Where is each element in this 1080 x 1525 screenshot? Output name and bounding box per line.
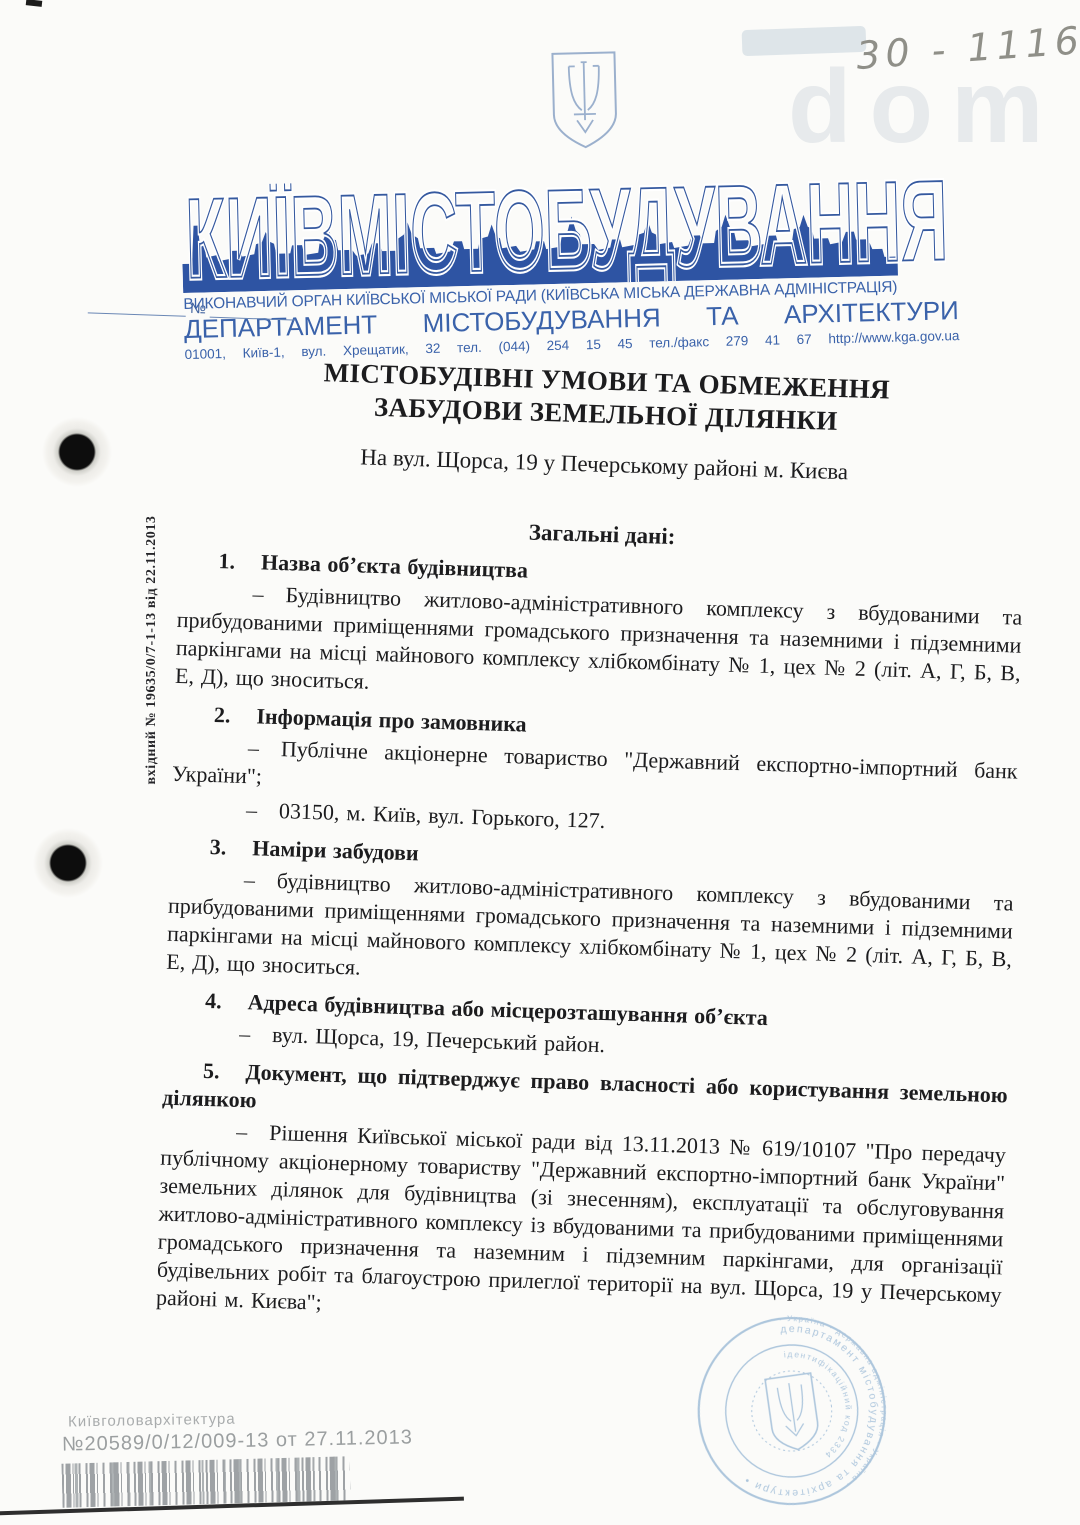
document-subtitle: На вул. Щорса, 19 у Печерському районі м… (182, 438, 1027, 492)
scanned-document-page: dom 30 - 111637 КИЇВМІСТОБУДУВАННЯ КИЇВМ… (0, 0, 1080, 1525)
scan-corner-artifact (26, 0, 43, 7)
number-sign-label: № (190, 300, 207, 318)
document-body: МІСТОБУДІВНІ УМОВИ ТА ОБМЕЖЕННЯ ЗАБУДОВИ… (155, 352, 1029, 1343)
kyivmistobuduvannia-logo: КИЇВМІСТОБУДУВАННЯ КИЇВМІСТОБУДУВАННЯ (181, 167, 958, 293)
registration-number-line: №20589/0/12/009-13 от 27.11.2013 (62, 1426, 413, 1456)
section-5: 5.Документ, що підтверджує право власнос… (156, 1056, 1008, 1338)
seal-ring-text: департамент містобудування та архітектур… (720, 1312, 891, 1507)
section-2: 2.Інформація про замовника – Публічне ак… (171, 700, 1019, 848)
hole-punch (42, 417, 112, 487)
seal-trident-shield-icon (765, 1373, 821, 1453)
registration-org-label: Київголовархітектура (68, 1411, 236, 1431)
section-paragraph: – Рішення Київської міської ради від 13.… (156, 1116, 1007, 1338)
hole-punch (33, 828, 103, 898)
section-3: 3.Наміри забудови – будівництво житлово-… (166, 832, 1015, 1002)
trident-coat-of-arms-icon (539, 47, 630, 153)
section-paragraph: – будівництво житлово-адміністративного … (166, 864, 1014, 1002)
section-1: 1.Назва об’єкта будівництва – Будівництв… (175, 546, 1024, 716)
logo-outline-text: КИЇВМІСТОБУДУВАННЯ (184, 167, 949, 293)
incoming-number-stamp: вхідний № 19635/0/7-1-13 від 22.11.2013 (144, 515, 160, 784)
section-paragraph: – Будівництво житлово-адміністративного … (175, 578, 1023, 716)
barcode (61, 1456, 350, 1508)
official-seal-stamp: • Україна • державна адміністрація • Укр… (678, 1295, 905, 1525)
svg-text:департамент містобудування та: департамент містобудування та архітектур… (720, 1312, 891, 1507)
